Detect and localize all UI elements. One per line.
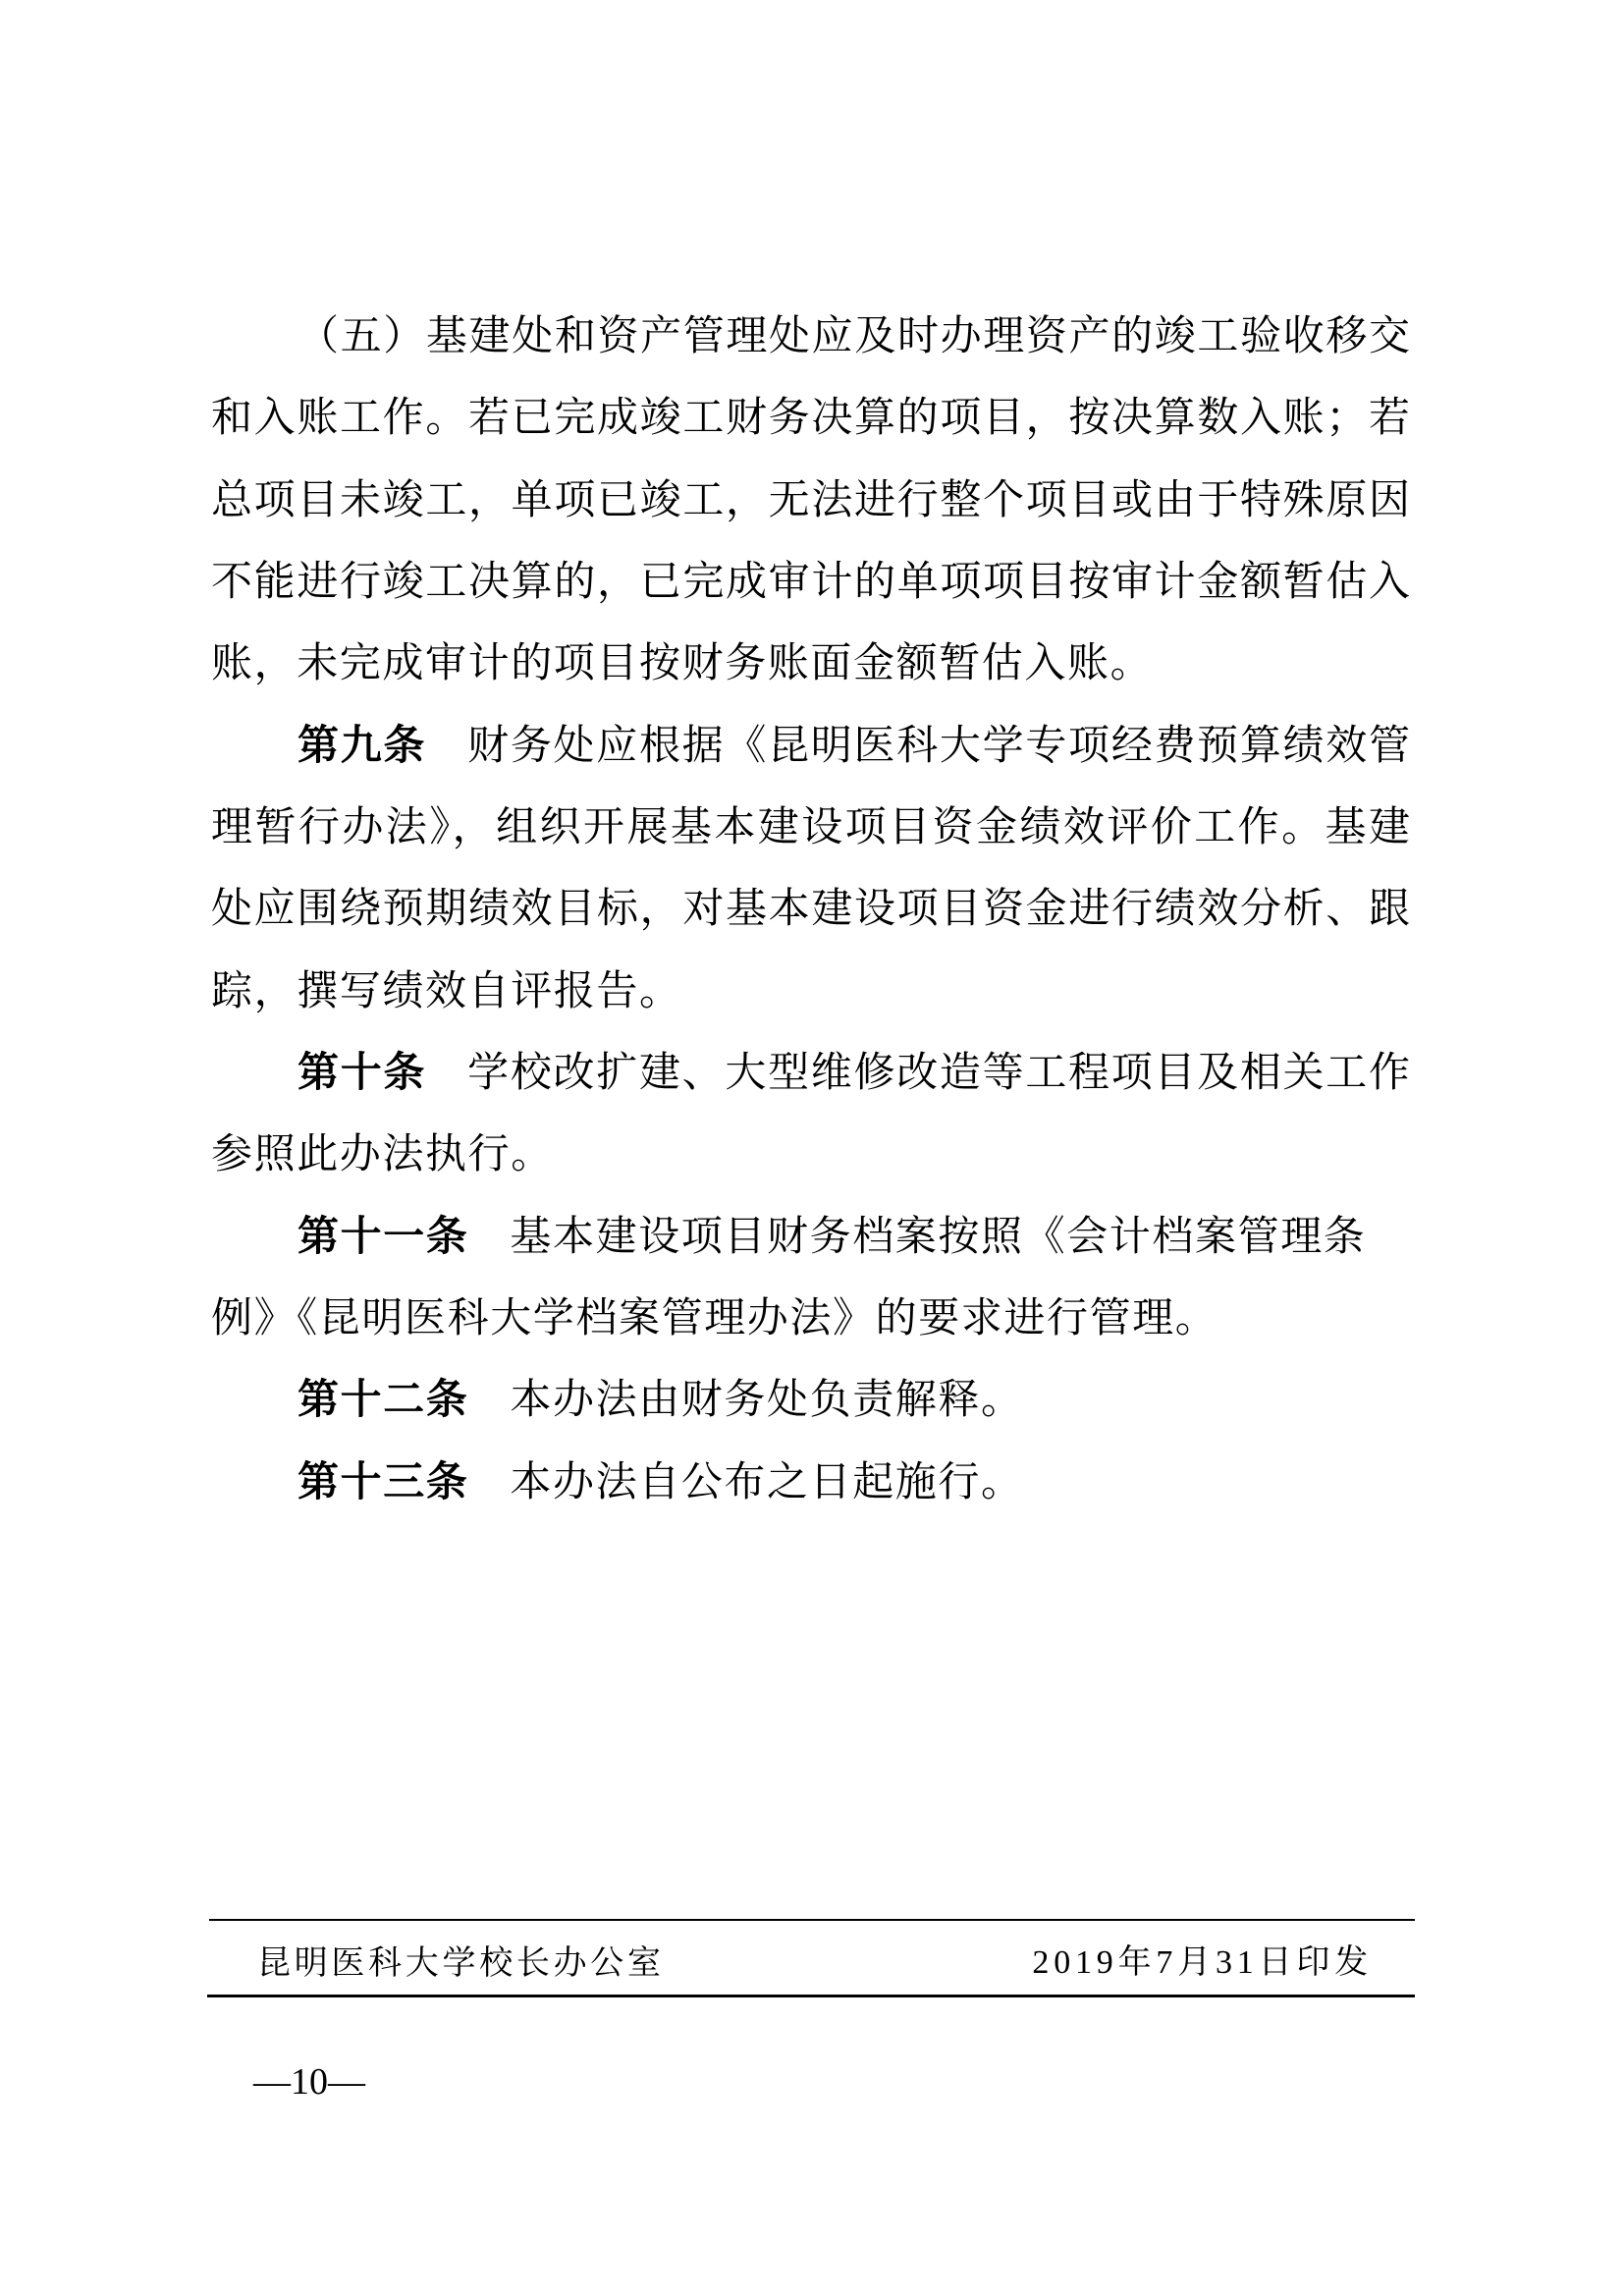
footer-print-date: 2019年7月31日印发 [1032, 1943, 1373, 1983]
article-13-text: 本办法自公布之日起施行。 [510, 1457, 1023, 1505]
article-9-line: 处应围绕预期绩效目标，对基本建设项目资金进行绩效分析、跟 [211, 867, 1411, 949]
article-11-text: 基本建设项目财务档案按照《会计档案管理条 [510, 1212, 1366, 1260]
paragraph-item-5-line: （五）基建处和资产管理处应及时办理资产的竣工验收移交 [211, 295, 1411, 376]
article-11-heading: 第十一条 [298, 1212, 468, 1260]
article-10-heading: 第十条 [298, 1048, 426, 1096]
article-9-text: 财务处应根据《昆明医科大学专项经费预算绩效管 [467, 721, 1411, 769]
footer-top-rule [209, 1919, 1415, 1921]
article-12-heading: 第十二条 [298, 1375, 468, 1423]
article-12-text: 本办法由财务处负责解释。 [510, 1375, 1023, 1423]
article-10-text: 学校改扩建、大型维修改造等工程项目及相关工作 [467, 1048, 1411, 1096]
article-9-line: 踪，撰写绩效自评报告。 [211, 950, 1411, 1031]
article-13-line: 第十三条本办法自公布之日起施行。 [211, 1441, 1411, 1522]
article-13-heading: 第十三条 [298, 1457, 468, 1505]
article-9-heading: 第九条 [298, 721, 426, 769]
paragraph-item-5-line: 和入账工作。若已完成竣工财务决算的项目，按决算数入账；若 [211, 376, 1411, 458]
article-11-line: 例》《昆明医科大学档案管理办法》的要求进行管理。 [211, 1277, 1411, 1358]
footer-issuer: 昆明医科大学校长办公室 [257, 1943, 665, 1983]
article-10-first-line: 第十条学校改扩建、大型维修改造等工程项目及相关工作 [211, 1031, 1411, 1113]
paragraph-item-5-line: 总项目未竣工，单项已竣工，无法进行整个项目或由于特殊原因 [211, 459, 1411, 540]
footer-bottom-rule [207, 1995, 1415, 1997]
article-11-first-line: 第十一条基本建设项目财务档案按照《会计档案管理条 [211, 1195, 1411, 1277]
article-9-line: 理暂行办法》，组织开展基本建设项目资金绩效评价工作。基建 [211, 786, 1411, 867]
page-number: —10— [253, 2060, 365, 2104]
article-12-line: 第十二条本办法由财务处负责解释。 [211, 1358, 1411, 1440]
paragraph-item-5-line: 不能进行竣工决算的，已完成审计的单项项目按审计金额暂估入 [211, 540, 1411, 622]
document-page: （五）基建处和资产管理处应及时办理资产的竣工验收移交 和入账工作。若已完成竣工财… [0, 0, 1623, 2296]
paragraph-item-5-line: 账，未完成审计的项目按财务账面金额暂估入账。 [211, 622, 1411, 703]
article-10-line: 参照此办法执行。 [211, 1113, 1411, 1194]
article-9-first-line: 第九条财务处应根据《昆明医科大学专项经费预算绩效管 [211, 704, 1411, 786]
